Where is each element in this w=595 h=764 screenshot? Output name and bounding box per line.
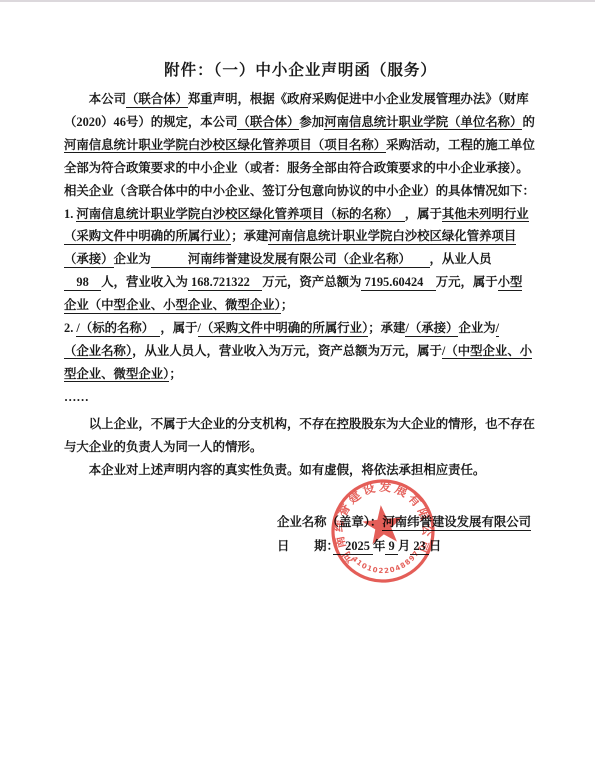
static-text: 参加: [299, 115, 324, 129]
filled-blank-text: 小型: [498, 275, 523, 291]
static-text: 与大企业的负责人为同一人的情形。: [64, 440, 262, 454]
static-text: 以上企业，不属于大企业的分支机构，不存在控股股东为大企业的情形，也不存在: [89, 417, 535, 431]
opening-line: 本公司（联合体）郑重声明，根据《政府采购促进中小企业发展管理办法》（财库: [64, 88, 537, 111]
filled-blank-text: 9: [385, 539, 397, 555]
filled-blank-text: （联合体）: [237, 115, 299, 131]
filled-blank-text: 98: [64, 275, 101, 291]
static-text: （2020）46号）的规定，本公司: [64, 115, 237, 129]
static-text: 日 期：: [277, 539, 333, 553]
static-text: 全部为符合政策要求的中小企业（或者：服务全部由符合政策要求的中小企业承接）。: [64, 161, 529, 175]
filled-blank-text: 河南纬誉建设发展有限公司（企业名称）: [151, 252, 430, 268]
static-text: ，属于: [160, 321, 197, 335]
filled-blank-text: 2025: [333, 539, 373, 555]
static-text: 企业为: [458, 321, 495, 335]
static-text: 企业名称（盖章）：: [277, 515, 382, 529]
filled-blank-text: 河南纬誉建设发展有限公司: [382, 515, 531, 531]
filled-blank-text: （企业名称）: [64, 344, 132, 360]
document-lines: 本公司（联合体）郑重声明，根据《政府采购促进中小企业发展管理办法》（财库（202…: [64, 88, 537, 558]
filled-blank-text: 型企业、微型企业）: [64, 367, 169, 383]
declaration-document-page: 附件：（一）中小企业声明函（服务） 本公司（联合体）郑重声明，根据《政府采购促进…: [0, 0, 595, 764]
item-1-line: （采购文件中明确的所属行业）；承建河南信息统计职业学院白沙校区绿化管养项目: [64, 225, 537, 248]
static-text: 1.: [64, 207, 76, 221]
static-text: 人，营业收入为: [101, 275, 188, 289]
filled-blank-text: 168.721322: [188, 275, 262, 291]
filled-blank-text: 河南信息统计职业学院（单位名称）: [324, 115, 522, 131]
static-text: ；: [281, 298, 293, 312]
static-text: 的: [522, 115, 534, 129]
static-text: 日: [429, 539, 441, 553]
company-name-line: 企业名称（盖章）：河南纬誉建设发展有限公司: [277, 510, 537, 534]
date-line: 日 期： 2025 年 9 月 23 日: [277, 534, 537, 558]
static-text: 郑重声明，根据《政府采购促进中小企业发展管理办法》（财库: [188, 92, 529, 106]
item-1-line: （承接）企业为 河南纬誉建设发展有限公司（企业名称） ，从业人员: [64, 248, 537, 271]
text-line: 相关企业（含联合体中的中小企业、签订分包意向协议的中小企业）的具体情况如下：: [64, 180, 537, 203]
text-line: 全部为符合政策要求的中小企业（或者：服务全部由符合政策要求的中小企业承接）。: [64, 157, 537, 180]
static-text: ；: [169, 367, 181, 381]
static-text: ，属于: [405, 207, 442, 221]
closing-line: 以上企业，不属于大企业的分支机构，不存在控股股东为大企业的情形，也不存在: [64, 413, 537, 436]
filled-blank-text: 河南信息统计职业学院白沙校区绿化管养项目（标的名称）: [76, 207, 404, 223]
item-1-line: 企业（中型企业、小型企业、微型企业）；: [64, 294, 537, 317]
document-title: 附件：（一）中小企业声明函（服务）: [64, 60, 537, 82]
static-text: 年: [373, 539, 385, 553]
static-text: 2.: [64, 321, 76, 335]
ellipsis-line: ……: [64, 386, 537, 409]
filled-blank-text: /（中型企业、小: [442, 344, 532, 360]
closing-line: 本企业对上述声明内容的真实性负责。如有虚假，将依法承担相应责任。: [64, 459, 537, 482]
filled-blank-text: /（采购文件中明确的所属行业）: [198, 321, 369, 337]
static-text: ；承建: [231, 229, 268, 243]
static-text: 本企业对上述声明内容的真实性负责。如有虚假，将依法承担相应责任。: [89, 463, 486, 477]
static-text: 月: [398, 539, 410, 553]
document-body: 附件：（一）中小企业声明函（服务） 本公司（联合体）郑重声明，根据《政府采购促进…: [64, 60, 537, 558]
static-text: ，从业人员: [430, 252, 492, 266]
filled-blank-text: 企业（中型企业、小型企业、微型企业）: [64, 298, 281, 314]
item-1-line: 98 人，营业收入为 168.721322 万元，资产总额为 7195.6042…: [64, 271, 537, 294]
filled-blank-text: 7195.60424: [361, 275, 435, 291]
text-line: 河南信息统计职业学院白沙校区绿化管养项目（项目名称）采购活动，工程的施工单位: [64, 134, 537, 157]
filled-blank-text: 河南信息统计职业学院白沙校区绿化管养项目: [268, 229, 516, 245]
static-text: 万元，资产总额为: [262, 275, 361, 289]
item-2-line: 2. /（标的名称） ，属于/（采购文件中明确的所属行业）；承建/（承接）企业为…: [64, 317, 537, 340]
static-text: 企业为: [114, 252, 151, 266]
static-text: ；承建: [368, 321, 405, 335]
item-1-line: 1. 河南信息统计职业学院白沙校区绿化管养项目（标的名称） ，属于其他未列明行业: [64, 203, 537, 226]
text-line: （2020）46号）的规定，本公司（联合体）参加河南信息统计职业学院（单位名称）…: [64, 111, 537, 134]
item-2-line: （企业名称），从业人员人，营业收入为万元，资产总额为万元，属于/（中型企业、小: [64, 340, 537, 363]
static-text: ，从业人员人，营业收入为万元，资产总额为万元，属于: [132, 344, 442, 358]
static-text: 万元，属于: [436, 275, 498, 289]
filled-blank-text: 23: [410, 539, 429, 555]
filled-blank-text: 其他未列明行业: [442, 207, 529, 223]
static-text: 相关企业（含联合体中的中小企业、签订分包意向协议的中小企业）的具体情况如下：: [64, 184, 535, 198]
filled-blank-text: （采购文件中明确的所属行业）: [64, 229, 231, 245]
filled-blank-text: 河南信息统计职业学院白沙校区绿化管养项目（项目名称）: [64, 138, 386, 154]
filled-blank-text: （承接）: [64, 252, 114, 268]
filled-blank-text: /（标的名称）: [76, 321, 160, 337]
closing-line: 与大企业的负责人为同一人的情形。: [64, 436, 537, 459]
filled-blank-text: /: [496, 321, 499, 337]
item-2-line: 型企业、微型企业）；: [64, 363, 537, 386]
static-text: 采购活动，工程的施工单位: [386, 138, 535, 152]
static-text: ……: [64, 390, 89, 404]
static-text: 本公司: [89, 92, 126, 106]
filled-blank-text: （联合体）: [126, 92, 188, 108]
scan-top-edge: [0, 0, 595, 2]
filled-blank-text: /（承接）: [405, 321, 458, 337]
